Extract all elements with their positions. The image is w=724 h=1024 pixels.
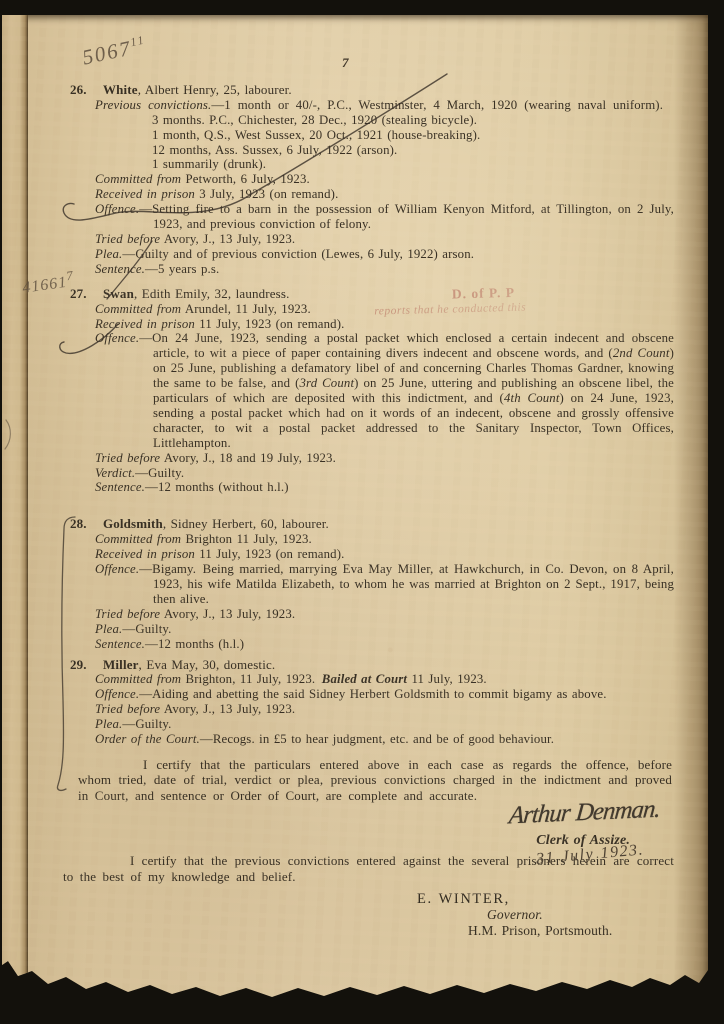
entry-paragraph: Previous convictions.—1 month or 40/-, P… (95, 98, 674, 113)
paragraph-text: Brighton 11 July, 1923. (181, 532, 312, 546)
paragraph-label: Offence. (95, 687, 139, 701)
entry-head: 26.White, Albert Henry, 25, labourer. (70, 83, 674, 98)
entry-paragraph: Plea.—Guilty. (95, 622, 674, 637)
entry-paragraph: Received in prison 3 July, 1923 (on rema… (95, 187, 674, 202)
page-curl-shadow (674, 15, 708, 1007)
entry-paragraph: Offence.—Aiding and abetting the said Si… (95, 687, 674, 702)
paragraph-label: Plea. (95, 717, 122, 731)
entry-surname: White (103, 82, 138, 97)
prison-name: H.M. Prison, Portsmouth. (468, 923, 674, 938)
paragraph-text: —Recogs. in £5 to hear judgment, etc. an… (200, 732, 554, 746)
entry-number: 29. (70, 658, 103, 673)
entry-paragraph: Offence.—Setting fire to a barn in the p… (95, 202, 674, 232)
entry-paragraph: Offence.—On 24 June, 1923, sending a pos… (95, 331, 674, 450)
paragraph-label: Sentence. (95, 480, 145, 494)
paragraph-label: Committed from (95, 302, 181, 316)
scanned-document-page: 7 26.White, Albert Henry, 25, labourer.P… (0, 0, 724, 1024)
paragraph-text: 3 months. P.C., Chichester, 28 Dec., 192… (152, 113, 477, 127)
paragraph-label: Received in prison (95, 317, 195, 331)
entry-paragraph: Verdict.—Guilty. (95, 466, 674, 481)
entry-head-details: , Edith Emily, 32, laundress. (134, 286, 290, 301)
paragraph-label: Committed from (95, 172, 181, 186)
paragraph-label: Bailed at Court (322, 672, 407, 686)
entry-paragraph: Sentence.—5 years p.s. (95, 262, 674, 277)
entry-paragraph: Sentence.—12 months (without h.l.) (95, 480, 674, 495)
entry-head: 27.Swan, Edith Emily, 32, laundress. (70, 287, 674, 302)
paragraph-text: —12 months (without h.l.) (145, 480, 289, 494)
paragraph-text: —Guilty. (122, 622, 171, 636)
entry-head-details: , Sidney Herbert, 60, labourer. (163, 516, 329, 531)
certification-footer: I certify that the particulars entered a… (30, 757, 674, 938)
paragraph-text: —5 years p.s. (145, 262, 219, 276)
paragraph-label: Received in prison (95, 547, 195, 561)
paragraph-text: 11 July, 1923 (on remand). (195, 547, 345, 561)
paragraph-label: Tried before (95, 607, 160, 621)
paragraph-text: —On 24 June, 1923, sending a postal pack… (139, 331, 674, 360)
paragraph-text: —Bigamy. Being married, marrying Eva May… (139, 562, 674, 606)
entry-paragraph: Plea.—Guilty and of previous conviction … (95, 247, 674, 262)
entry-number: 26. (70, 83, 103, 98)
entry-paragraph: Offence.—Bigamy. Being married, marrying… (95, 562, 674, 607)
entry-paragraph: Tried before Avory, J., 18 and 19 July, … (95, 451, 674, 466)
reference-number-sup: 11 (129, 33, 147, 50)
entry-paragraph: Committed from Arundel, 11 July, 1923. (95, 302, 674, 317)
paragraph-text: 1 month, Q.S., West Sussex, 20 Oct., 192… (152, 128, 480, 142)
certification-particulars: I certify that the particulars entered a… (30, 757, 674, 803)
entry-paragraph: Committed from Brighton 11 July, 1923. (95, 532, 674, 547)
entry-head-details: , Albert Henry, 25, labourer. (138, 82, 292, 97)
entry-paragraph: Committed from Petworth, 6 July, 1923. (95, 172, 674, 187)
paragraph-label: Sentence. (95, 262, 145, 276)
paragraph-label: Offence. (95, 562, 139, 576)
entry-surname: Goldsmith (103, 516, 163, 531)
paragraph-text: —Aiding and abetting the said Sidney Her… (139, 687, 606, 701)
paragraph-text: Arundel, 11 July, 1923. (181, 302, 311, 316)
paragraph-label: Offence. (95, 202, 139, 216)
paragraph-label: 3rd Count (299, 376, 354, 390)
calendar-entry: 28.Goldsmith, Sidney Herbert, 60, labour… (30, 517, 674, 651)
paragraph-text: 11 July, 1923. (407, 672, 487, 686)
entry-head-details: , Eva May, 30, domestic. (139, 657, 276, 672)
paragraph-text: 11 July, 1923 (on remand). (195, 317, 345, 331)
paragraph-label: 4th Count (504, 391, 560, 405)
entry-head: 29.Miller, Eva May, 30, domestic. (70, 658, 674, 673)
entry-paragraph: Sentence.—12 months (h.l.) (95, 637, 674, 652)
entry-paragraph: 12 months, Ass. Sussex, 6 July, 1922 (ar… (152, 143, 674, 158)
paragraph-label: Previous convictions. (95, 98, 211, 112)
paragraph-text: Avory, J., 13 July, 1923. (160, 607, 295, 621)
paragraph-text: 1 summarily (drunk). (152, 157, 266, 171)
entry-paragraph: Committed from Brighton, 11 July, 1923. … (95, 672, 674, 687)
paragraph-text: Brighton, 11 July, 1923. (181, 672, 322, 686)
paragraph-label: Offence. (95, 331, 139, 345)
paragraph-label: Sentence. (95, 637, 145, 651)
entry-paragraph: Tried before Avory, J., 13 July, 1923. (95, 702, 674, 717)
paragraph-text: 3 July, 1923 (on remand). (195, 187, 338, 201)
paragraph-label: Committed from (95, 532, 181, 546)
entry-surname: Miller (103, 657, 139, 672)
paragraph-label: Order of the Court. (95, 732, 200, 746)
paragraph-label: Verdict. (95, 466, 135, 480)
paragraph-label: Plea. (95, 247, 122, 261)
paragraph-text: Avory, J., 13 July, 1923. (160, 702, 295, 716)
calendar-entry: 29.Miller, Eva May, 30, domestic.Committ… (30, 658, 674, 747)
entry-paragraph: 1 summarily (drunk). (152, 157, 674, 172)
paragraph-text: —Guilty. (135, 466, 184, 480)
calendar-entries-list: 26.White, Albert Henry, 25, labourer.Pre… (30, 83, 674, 747)
entry-paragraph: Tried before Avory, J., 13 July, 1923. (95, 607, 674, 622)
entry-paragraph: Plea.—Guilty. (95, 717, 674, 732)
entry-paragraph: Tried before Avory, J., 13 July, 1923. (95, 232, 674, 247)
paragraph-label: Plea. (95, 622, 122, 636)
entry-paragraph: 1 month, Q.S., West Sussex, 20 Oct., 192… (152, 128, 674, 143)
paragraph-label: 2nd Count (613, 346, 670, 360)
paragraph-label: Tried before (95, 451, 160, 465)
clerk-signature: Arthur Denman. (508, 802, 660, 824)
paragraph-text: —12 months (h.l.) (145, 637, 244, 651)
paragraph-label: Tried before (95, 702, 160, 716)
entry-paragraph: Received in prison 11 July, 1923 (on rem… (95, 547, 674, 562)
paragraph-text: Petworth, 6 July, 1923. (181, 172, 310, 186)
entry-number: 28. (70, 517, 103, 532)
page-content: 7 26.White, Albert Henry, 25, labourer.P… (30, 15, 674, 1007)
paragraph-text: Avory, J., 13 July, 1923. (160, 232, 295, 246)
clerk-signature-block: Arthur Denman. Clerk of Assize. 31 July … (30, 805, 674, 851)
governor-name: E. WINTER, (417, 892, 674, 907)
calendar-entry: 27.Swan, Edith Emily, 32, laundress.Comm… (30, 287, 674, 496)
paragraph-text: Avory, J., 18 and 19 July, 1923. (160, 451, 336, 465)
calendar-entry: 26.White, Albert Henry, 25, labourer.Pre… (30, 83, 674, 277)
entry-head: 28.Goldsmith, Sidney Herbert, 60, labour… (70, 517, 674, 532)
entry-paragraph: Received in prison 11 July, 1923 (on rem… (95, 317, 674, 332)
paragraph-text: 12 months, Ass. Sussex, 6 July, 1922 (ar… (152, 143, 397, 157)
page-paper: 7 26.White, Albert Henry, 25, labourer.P… (2, 15, 708, 1007)
entry-surname: Swan (103, 286, 134, 301)
page-number: 7 (342, 56, 674, 71)
paragraph-text: —Setting fire to a barn in the possessio… (139, 202, 674, 231)
paragraph-text: —Guilty. (122, 717, 171, 731)
paragraph-text: —1 month or 40/-, P.C., Westminster, 4 M… (211, 98, 663, 112)
paragraph-label: Committed from (95, 672, 181, 686)
entry-paragraph: Order of the Court.—Recogs. in £5 to hea… (95, 732, 674, 747)
paragraph-text: —Guilty and of previous conviction (Lewe… (122, 247, 474, 261)
paragraph-label: Tried before (95, 232, 160, 246)
binding-gutter-strip (2, 15, 28, 1007)
paragraph-label: Received in prison (95, 187, 195, 201)
entry-paragraph: 3 months. P.C., Chichester, 28 Dec., 192… (152, 113, 674, 128)
governor-title: Governor. (487, 907, 674, 922)
